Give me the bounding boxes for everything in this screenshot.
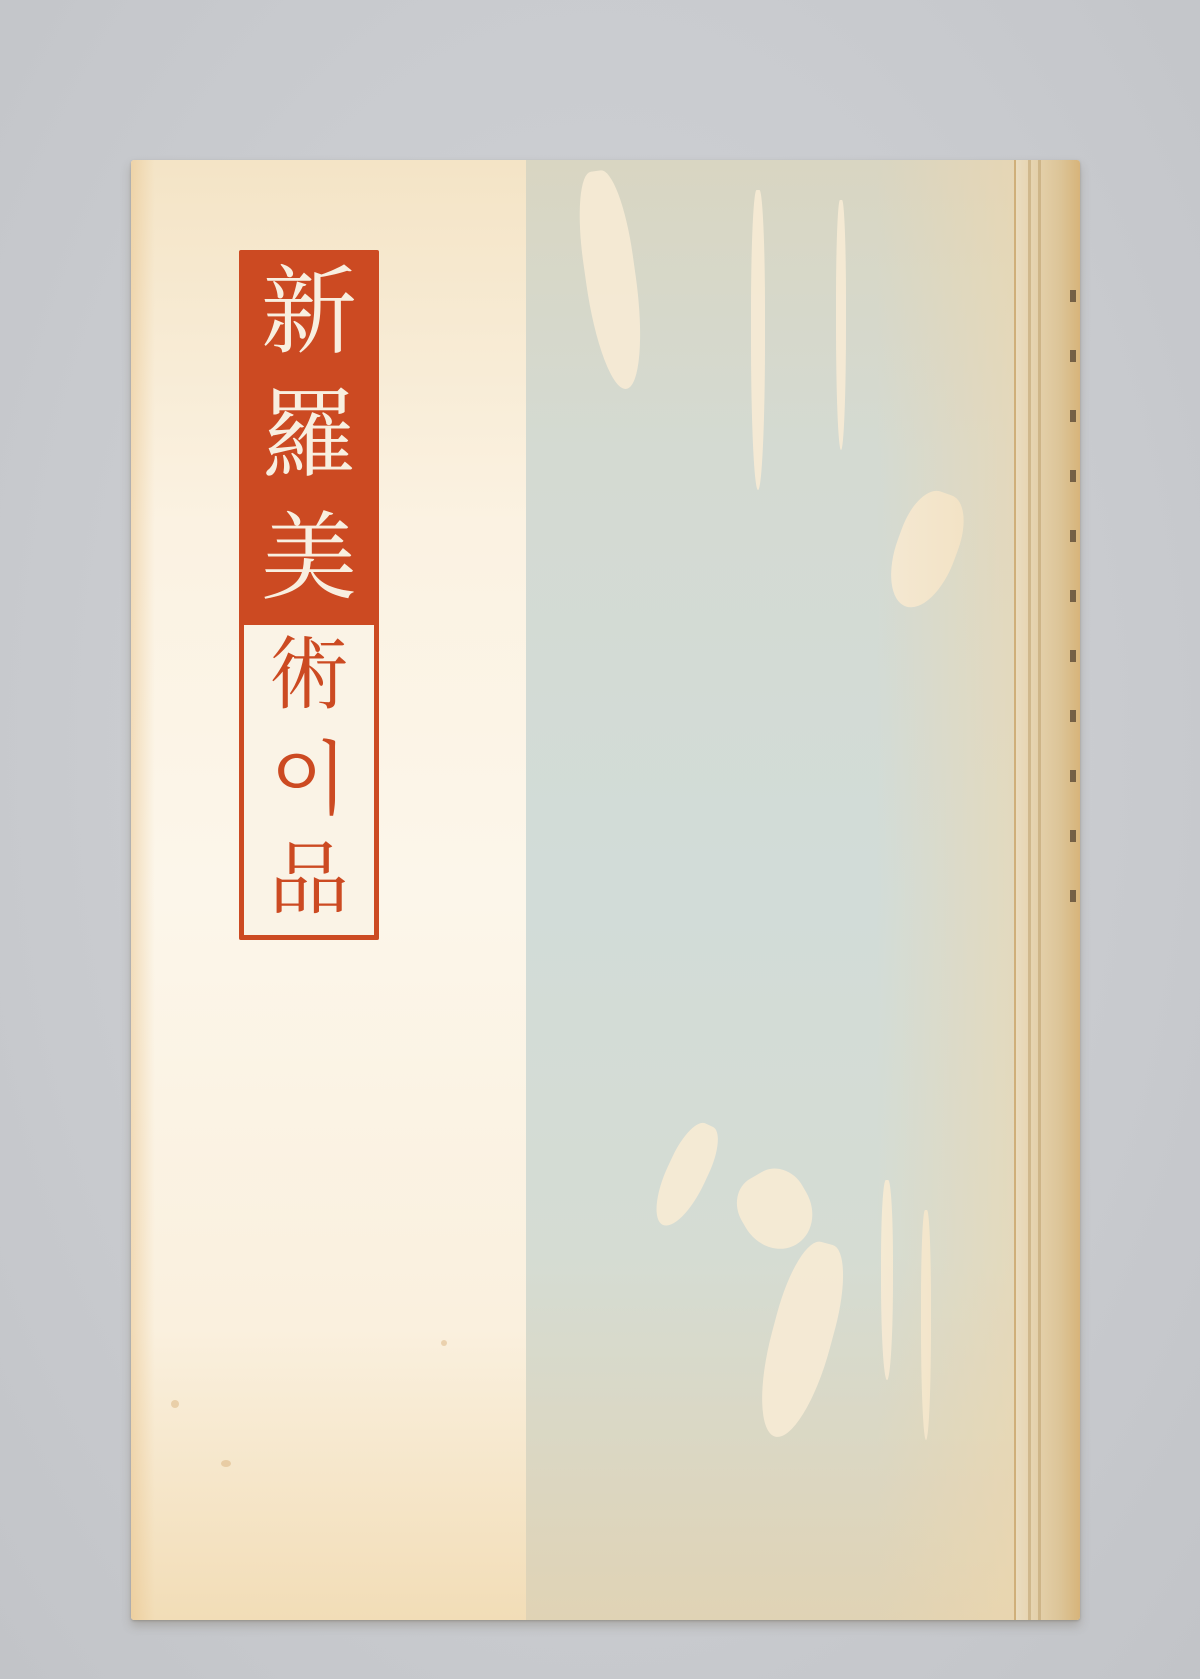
- seal-top-glyphs: 新 羅 美: [239, 250, 379, 620]
- brush-streak: [877, 483, 974, 616]
- seal-glyph: 術: [269, 635, 349, 715]
- seal-glyph: 新: [261, 264, 357, 360]
- brush-streak: [645, 1117, 728, 1234]
- foxing-spot: [221, 1460, 231, 1467]
- seal-glyph: 이: [270, 740, 347, 820]
- brush-streak: [921, 1210, 931, 1440]
- foxing-spot: [171, 1400, 179, 1408]
- brush-streak: [751, 190, 765, 490]
- spine-groove: [1038, 160, 1041, 1620]
- brush-streak: [881, 1180, 893, 1380]
- brush-streak: [836, 200, 846, 450]
- brush-streak: [746, 1236, 856, 1445]
- seal-glyph: 品: [269, 840, 349, 920]
- seal-glyph: 美: [261, 510, 357, 606]
- seal-glyph: 羅: [261, 387, 357, 483]
- spine-groove: [1028, 160, 1031, 1620]
- brush-streak: [571, 168, 651, 393]
- brush-streak: [726, 1158, 827, 1262]
- seal-bottom-outline: 術 이 品: [239, 620, 379, 940]
- book-cover: 新 羅 美 術 이 品: [131, 160, 1080, 1620]
- book-spine-edge: [1014, 160, 1080, 1620]
- foxing-spot: [441, 1340, 447, 1346]
- title-seal: 新 羅 美 術 이 品: [239, 250, 379, 940]
- cover-right-grey-brushstroke: [526, 160, 1026, 1620]
- spine-text-marks: [1070, 290, 1076, 910]
